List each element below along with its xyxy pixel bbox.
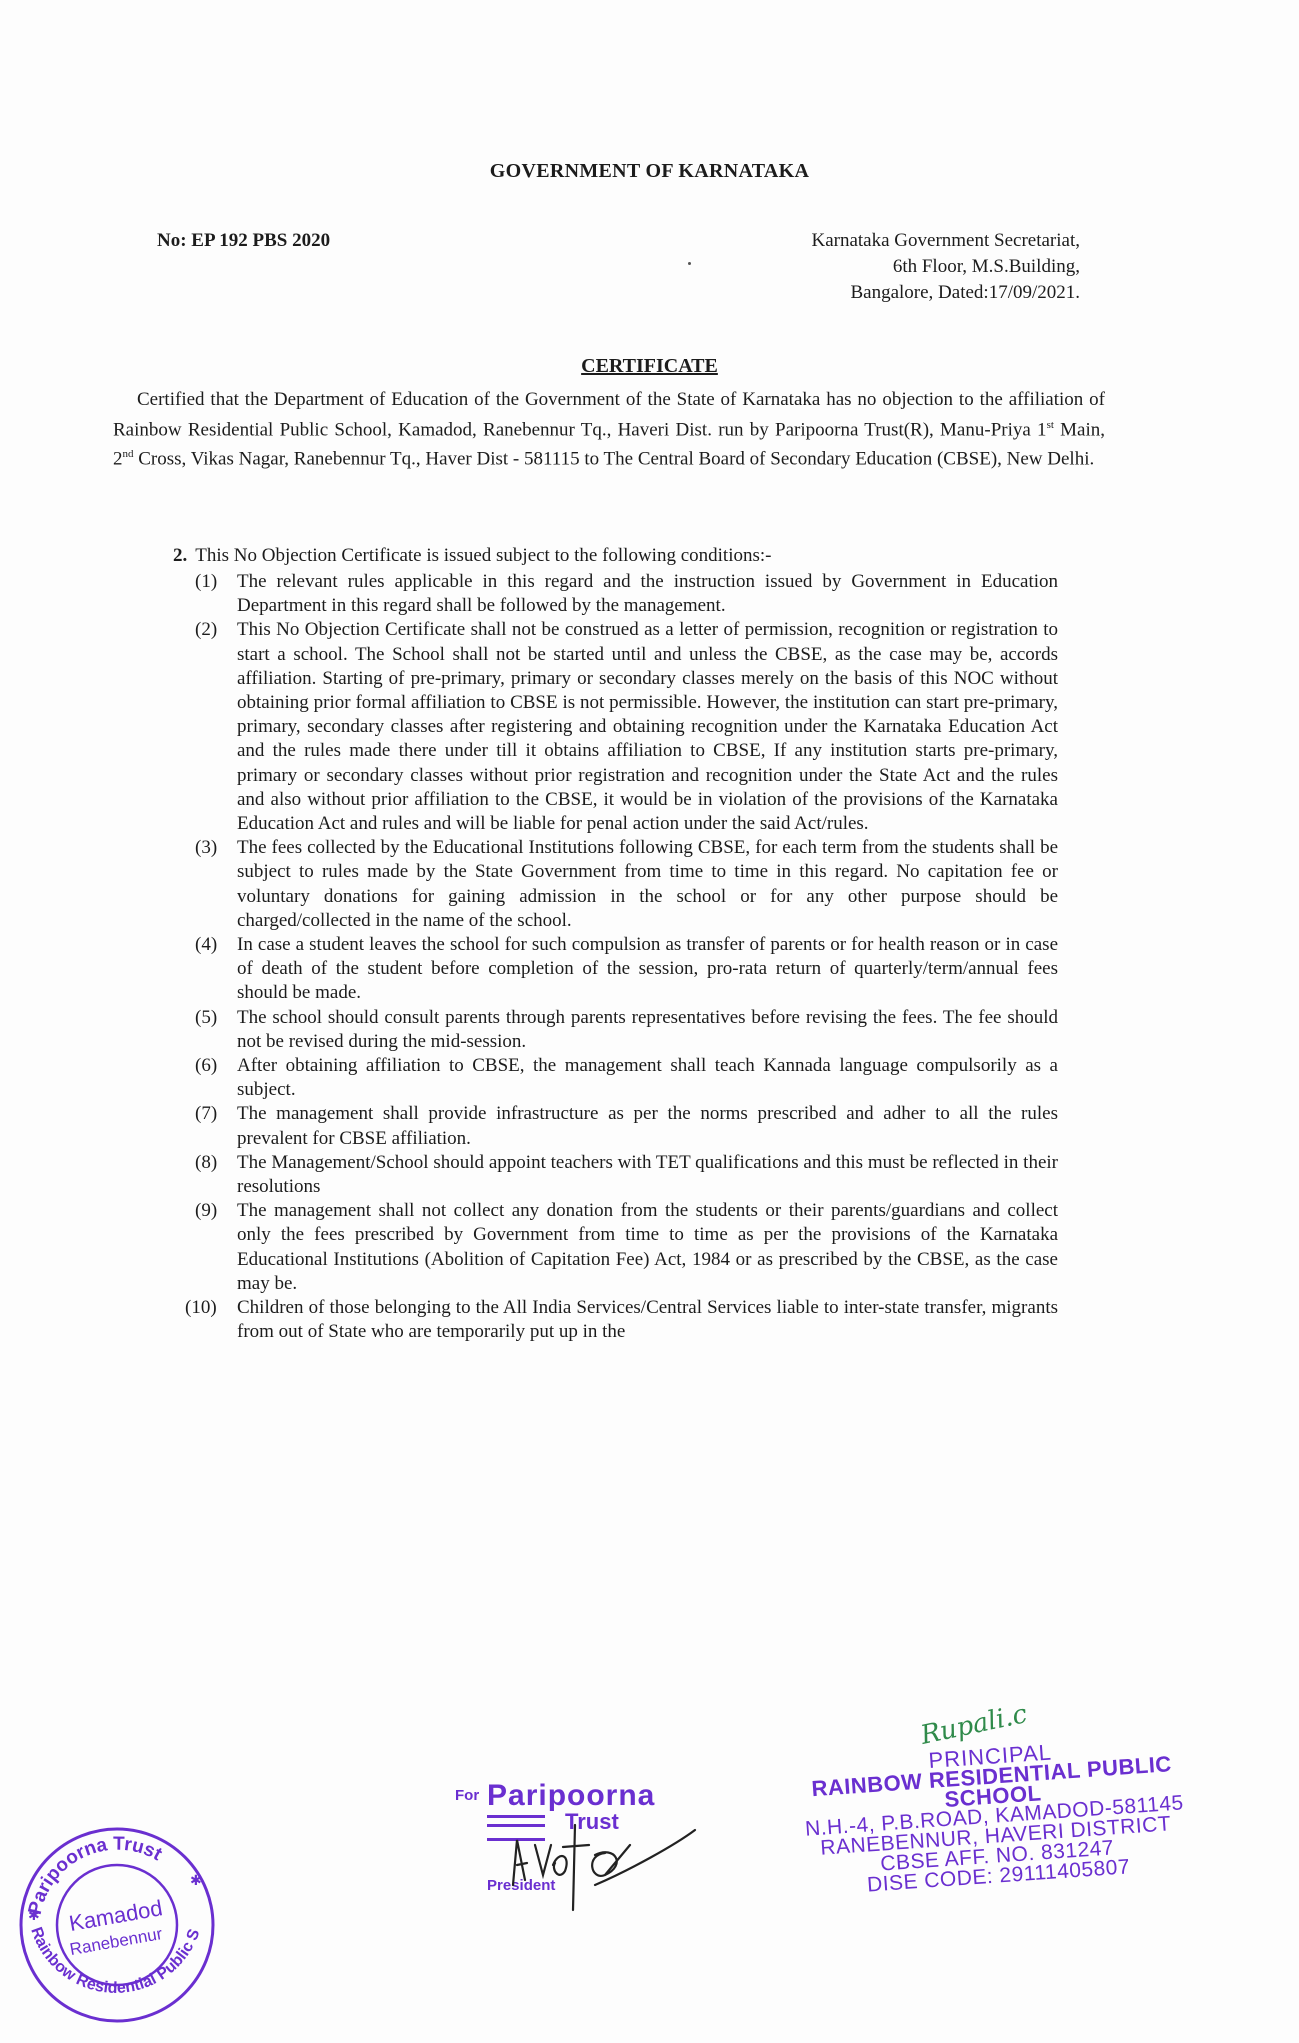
point-2-text: This No Objection Certificate is issued … — [195, 545, 771, 566]
svg-text:✱: ✱ — [190, 1872, 202, 1888]
president-signature-icon — [455, 1785, 715, 1915]
condition-text: The management shall provide infrastruct… — [237, 1102, 1058, 1150]
condition-item: (3)The fees collected by the Educational… — [173, 836, 1058, 933]
svg-text:✱: ✱ — [28, 1907, 40, 1923]
condition-text: The management shall not collect any don… — [237, 1199, 1058, 1296]
principal-stamp: PRINCIPAL RAINBOW RESIDENTIAL PUBLIC SCH… — [800, 1733, 1189, 1899]
intro-sup-1: st — [1047, 419, 1054, 431]
conditions-list: (1)The relevant rules applicable in this… — [173, 570, 1058, 1345]
condition-number: (7) — [173, 1102, 237, 1150]
condition-number: (2) — [173, 618, 237, 836]
condition-text: The relevant rules applicable in this re… — [237, 570, 1058, 618]
seal-ring-icon: Paripoorna Trust Rainbow Residential Pub… — [10, 1825, 225, 2025]
point-2-number: 2. — [173, 545, 187, 566]
scan-speck — [688, 262, 691, 265]
secretariat-address: Karnataka Government Secretariat, 6th Fl… — [660, 228, 1080, 306]
condition-item: (1)The relevant rules applicable in this… — [173, 570, 1058, 618]
condition-item: (9)The management shall not collect any … — [173, 1199, 1058, 1296]
condition-number: (6) — [173, 1054, 237, 1102]
condition-text: This No Objection Certificate shall not … — [237, 618, 1058, 836]
condition-text: The school should consult parents throug… — [237, 1006, 1058, 1054]
condition-item: (7)The management shall provide infrastr… — [173, 1102, 1058, 1150]
intro-sup-2: nd — [123, 448, 134, 460]
address-line-date: Bangalore, Dated:17/09/2021. — [660, 280, 1080, 306]
point-2-heading: 2.This No Objection Certificate is issue… — [173, 545, 771, 567]
condition-item: (6)After obtaining affiliation to CBSE, … — [173, 1054, 1058, 1102]
intro-text-3: Cross, Vikas Nagar, Ranebennur Tq., Have… — [134, 449, 1095, 470]
address-line-1: Karnataka Government Secretariat, — [660, 228, 1080, 254]
condition-number: (8) — [173, 1151, 237, 1199]
condition-item: (8)The Management/School should appoint … — [173, 1151, 1058, 1199]
address-line-2: 6th Floor, M.S.Building, — [660, 254, 1080, 280]
condition-number: (3) — [173, 836, 237, 933]
trust-president-seal: For Paripoorna Trust President — [455, 1785, 715, 1915]
condition-text: The Management/School should appoint tea… — [237, 1151, 1058, 1199]
condition-text: The fees collected by the Educational In… — [237, 836, 1058, 933]
condition-number: (9) — [173, 1199, 237, 1296]
condition-item: (5)The school should consult parents thr… — [173, 1006, 1058, 1054]
condition-number: (10) — [173, 1296, 237, 1344]
condition-number: (4) — [173, 933, 237, 1006]
round-trust-seal: Paripoorna Trust Rainbow Residential Pub… — [10, 1825, 225, 2025]
reference-number: No: EP 192 PBS 2020 — [157, 230, 330, 252]
certificate-intro-paragraph: Certified that the Department of Educati… — [113, 388, 1105, 472]
condition-text: After obtaining affiliation to CBSE, the… — [237, 1054, 1058, 1102]
certificate-title: CERTIFICATE — [0, 355, 1299, 378]
condition-item: (2)This No Objection Certificate shall n… — [173, 618, 1058, 836]
condition-item: (4)In case a student leaves the school f… — [173, 933, 1058, 1006]
condition-number: (1) — [173, 570, 237, 618]
condition-text: In case a student leaves the school for … — [237, 933, 1058, 1006]
condition-number: (5) — [173, 1006, 237, 1054]
government-heading: GOVERNMENT OF KARNATAKA — [0, 160, 1299, 183]
intro-text-1: Certified that the Department of Educati… — [113, 389, 1105, 440]
condition-item: (10)Children of those belonging to the A… — [173, 1296, 1058, 1344]
condition-text: Children of those belonging to the All I… — [237, 1296, 1058, 1344]
